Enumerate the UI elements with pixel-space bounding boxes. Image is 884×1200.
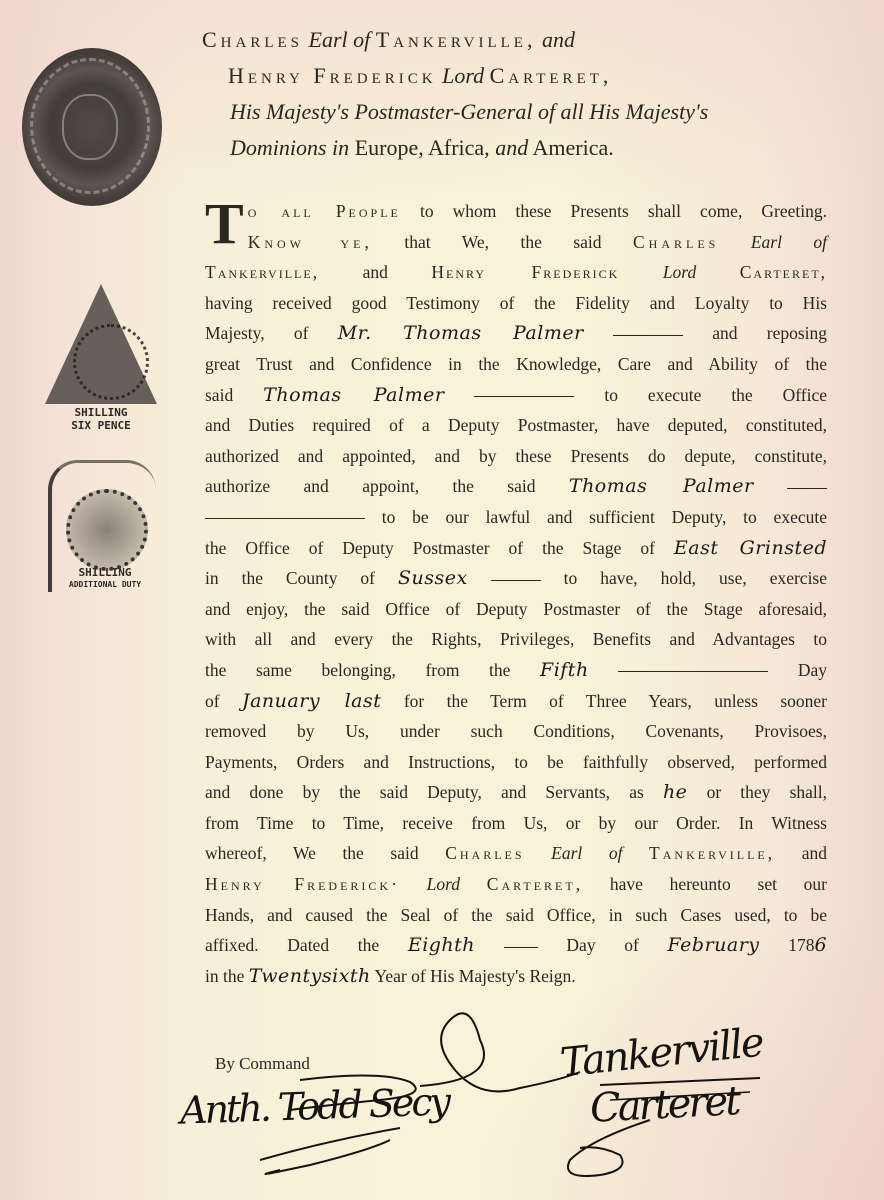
body-line-3: Tankerville, and Henry Frederick Lord Ca… [205,257,827,288]
text-italic: Lord [427,874,460,894]
handwritten-deputy-name: Thomas Palmer [569,475,754,497]
text-smallcaps: o all People [248,201,401,221]
text-run: in the County of [205,568,375,588]
document-page: SHILLING SIX PENCE SHILLING ADDITIONAL D… [0,0,884,1200]
signature-carteret: Carteret [589,1078,739,1132]
body-line-6: great Trust and Confidence in the Knowle… [205,349,827,380]
commission-body: T o all People to whom these Presents sh… [205,196,827,991]
heading-dominions: Dominions in [230,135,349,160]
body-line-16: the same belonging, from the Fifth Day [205,655,827,686]
fill-line [787,488,827,489]
tax-stamp-lower: SHILLING ADDITIONAL DUTY [48,460,156,592]
handwritten-month: January last [242,690,381,712]
text-run: authorize and appoint, the said [205,476,535,496]
text-smallcaps: Tankerville, [205,262,319,282]
text-run: Day of [566,935,638,955]
body-line-21: from Time to Time, receive from Us, or b… [205,808,827,839]
text-run: and done by the said Deputy, and Servant… [205,782,644,802]
fill-line [618,671,768,672]
text-italic: Lord [663,262,696,282]
text-run: or they shall, [707,782,827,802]
heading-title-lord: Lord [442,63,484,88]
heading-line-4: Dominions in Europe, Africa, and America… [200,130,840,166]
text-run: and [363,262,388,282]
text-smallcaps: Henry Frederick· [205,874,400,894]
heading-name-henry: Henry Frederick [228,63,437,88]
text-run: of [205,691,220,711]
text-italic: Earl of [751,232,827,252]
body-line-7: said Thomas Palmer to execute the Office [205,380,827,411]
text-smallcaps: Charles [445,843,524,863]
handwritten-day: Fifth [540,659,589,681]
body-line-11: to be our lawful and sufficient Deputy, … [205,502,827,533]
drop-cap: T [205,198,244,250]
body-line-9: authorized and appointed, and by these P… [205,441,827,472]
handwritten-deputy-name: Mr. Thomas Palmer [338,322,584,344]
text-run: and [802,843,827,863]
stamp-lower-label-line2: ADDITIONAL DUTY [52,579,158,591]
body-line-5: Majesty, of Mr. Thomas Palmer and reposi… [205,318,827,349]
body-line-17: of January last for the Term of Three Ye… [205,686,827,717]
stamp-lower-label-line1: SHILLING [52,567,158,579]
stamp-upper-label-line2: SIX PENCE [45,419,157,432]
body-line-8: and Duties required of a Deputy Postmast… [205,410,827,441]
text-run: to whom these Presents shall come, Greet… [420,201,827,221]
fill-line [205,518,365,519]
body-line-24: Hands, and caused the Seal of the said O… [205,900,827,931]
text-run: that We, the said [404,232,601,252]
text-run: said [205,385,233,405]
text-run: Year of His Majesty's Reign. [375,966,576,986]
body-line-2: Know ye, that We, the said Charles Earl … [205,227,827,258]
heading-america: America. [532,135,613,160]
text-smallcaps: Know ye, [248,232,373,252]
body-line-23: Henry Frederick· Lord Carteret, have her… [205,869,827,900]
stamp-upper-label-line1: SHILLING [45,406,157,419]
stamp-crest-icon [66,489,148,571]
body-line-13: in the County of Sussex to have, hold, u… [205,563,827,594]
heading-conj: and [542,27,575,52]
text-smallcaps: Carteret, [487,874,583,894]
fill-line [613,335,683,336]
text-run: affixed. Dated the [205,935,379,955]
wax-seal-icon [22,48,162,206]
signature-secretary: Anth. Todd Secy [179,1079,448,1132]
heading-name-carteret: Carteret, [490,63,613,88]
text-smallcaps: Carteret, [740,262,827,282]
text-italic: Earl of [551,843,622,863]
handwritten-year-digit: 6 [814,934,827,956]
body-line-20: and done by the said Deputy, and Servant… [205,777,827,808]
body-line-19: Payments, Orders and Instructions, to be… [205,747,827,778]
text-run: the same belonging, from the [205,660,510,680]
text-run: Day [798,660,827,680]
heading-line-1: Charles Earl of Tankerville, and [200,22,840,58]
body-line-18: removed by Us, under such Conditions, Co… [205,716,827,747]
handwritten-stage-name: East Grinsted [674,537,827,559]
handwritten-date-month: February [668,934,760,956]
document-heading: Charles Earl of Tankerville, and Henry F… [200,22,840,166]
stamp-circle-icon [73,324,149,400]
printed-year: 178 [788,935,814,955]
text-smallcaps: Charles [633,232,719,252]
heading-and: and [495,135,528,160]
handwritten-date-day: Eighth [408,934,475,956]
text-run: Majesty, of [205,323,308,343]
text-run: and reposing [712,323,827,343]
text-run: in the [205,966,244,986]
handwritten-regnal-year: Twentysixth [249,965,371,987]
heading-europe-africa: Europe, Africa, [355,135,490,160]
stamp-upper-label: SHILLING SIX PENCE [45,406,157,432]
tax-stamp-upper: SHILLING SIX PENCE [45,284,157,444]
body-line-10: authorize and appoint, the said Thomas P… [205,471,827,502]
body-line-4: having received good Testimony of the Fi… [205,288,827,319]
handwritten-deputy-name: Thomas Palmer [263,384,444,406]
text-run: have hereunto set our [610,874,827,894]
fill-line [504,947,538,948]
text-run: to execute the Office [604,385,827,405]
body-line-25: affixed. Dated the Eighth Day of Februar… [205,930,827,961]
handwritten-pronoun: he [663,781,687,803]
body-line-14: and enjoy, the said Office of Deputy Pos… [205,594,827,625]
by-command-label: By Command [215,1054,310,1074]
body-line-22: whereof, We the said Charles Earl of Tan… [205,838,827,869]
heading-line-2: Henry Frederick Lord Carteret, [200,58,840,94]
body-line-1: o all People to whom these Presents shal… [205,196,827,227]
body-line-15: with all and every the Rights, Privilege… [205,624,827,655]
text-run: the Office of Deputy Postmaster of the S… [205,538,655,558]
heading-line-3: His Majesty's Postmaster-General of all … [200,94,840,130]
stamp-lower-label: SHILLING ADDITIONAL DUTY [52,567,158,591]
body-line-26: in the Twentysixth Year of His Majesty's… [205,961,827,992]
text-run: for the Term of Three Years, unless soon… [404,691,827,711]
handwritten-county-name: Sussex [398,567,468,589]
body-line-12: the Office of Deputy Postmaster of the S… [205,533,827,564]
seal-crest-icon [62,94,118,160]
text-smallcaps: Tankerville, [649,843,775,863]
text-smallcaps: Henry Frederick [431,262,619,282]
text-run: to be our lawful and sufficient Deputy, … [382,507,827,527]
text-run: to have, hold, use, exercise [564,568,827,588]
text-run: whereof, We the said [205,843,419,863]
heading-name-charles: Charles [202,27,303,52]
heading-name-tankerville: Tankerville, [376,27,537,52]
heading-title-earl: Earl of [309,27,371,52]
fill-line [474,396,574,397]
fill-line [491,580,541,581]
